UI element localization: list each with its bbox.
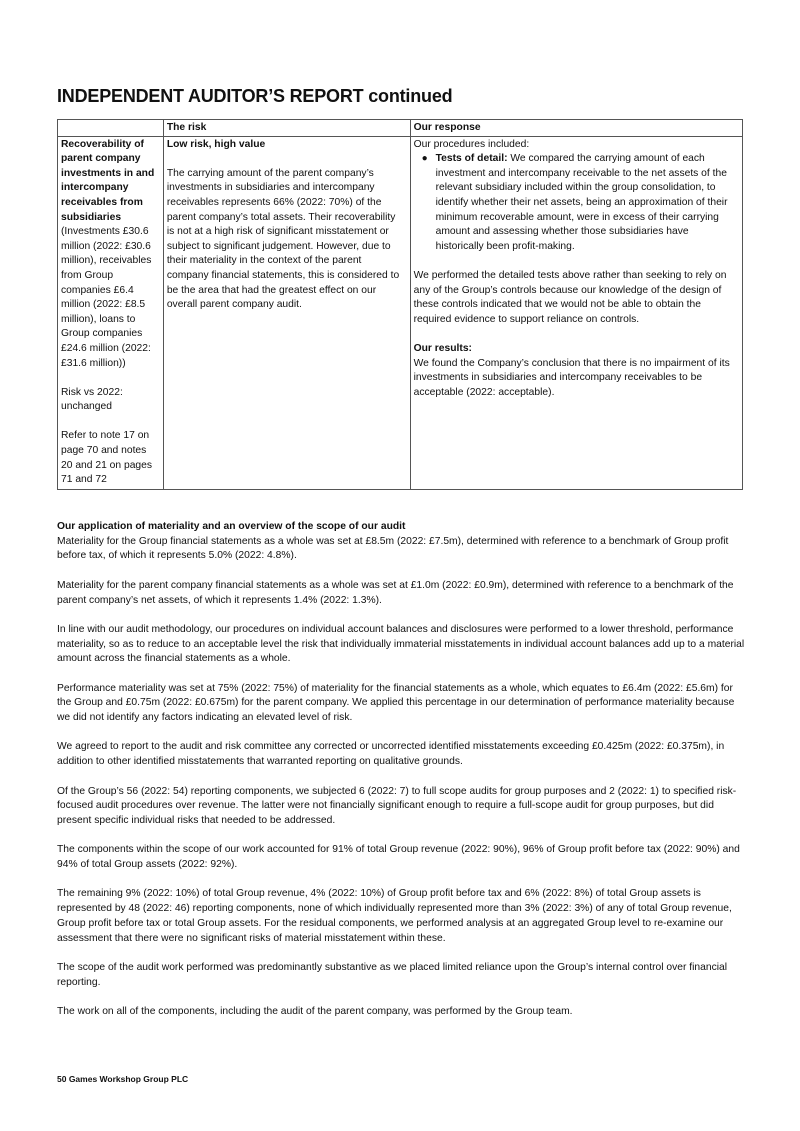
materiality-section: Our application of materiality and an ov…: [57, 520, 747, 1034]
table-header-row: The risk Our response: [58, 120, 743, 137]
paragraph: We agreed to report to the audit and ris…: [57, 740, 747, 769]
response-intro: Our procedures included:: [414, 138, 738, 153]
paragraph: The scope of the audit work performed wa…: [57, 961, 747, 990]
paragraph: The remaining 9% (2022: 10%) of total Gr…: [57, 887, 747, 946]
header-matter: [58, 120, 164, 137]
paragraph: The work on all of the components, inclu…: [57, 1005, 747, 1020]
page-footer: 50 Games Workshop Group PLC: [57, 1074, 188, 1084]
response-cell: Our procedures included: ● Tests of deta…: [410, 136, 742, 489]
paragraph: The components within the scope of our w…: [57, 843, 747, 872]
paragraph: Performance materiality was set at 75% (…: [57, 682, 747, 726]
matter-cell: Recoverability of parent company investm…: [58, 136, 164, 489]
section-heading: Our application of materiality and an ov…: [57, 520, 747, 535]
paragraph: Of the Group’s 56 (2022: 54) reporting c…: [57, 785, 747, 829]
bullet-icon: ●: [422, 152, 428, 167]
risk-vs-prior-year: Risk vs 2022: unchanged: [61, 386, 159, 415]
page-title: INDEPENDENT AUDITOR’S REPORT continued: [57, 86, 452, 107]
results-text: We found the Company’s conclusion that t…: [414, 357, 738, 401]
paragraph: Materiality for the Group financial stat…: [57, 535, 747, 564]
table-row: Recoverability of parent company investm…: [58, 136, 743, 489]
matter-detail: (Investments £30.6 million (2022: £30.6 …: [61, 225, 159, 371]
header-the-risk: The risk: [163, 120, 410, 137]
paragraph: In line with our audit methodology, our …: [57, 623, 747, 667]
header-our-response: Our response: [410, 120, 742, 137]
list-item: ● Tests of detail: We compared the carry…: [436, 152, 738, 254]
risk-heading: Low risk, high value: [167, 138, 406, 153]
procedures-list: ● Tests of detail: We compared the carry…: [414, 152, 738, 254]
controls-reliance-text: We performed the detailed tests above ra…: [414, 269, 738, 327]
paragraph: Materiality for the parent company finan…: [57, 579, 747, 608]
note-reference: Refer to note 17 on page 70 and notes 20…: [61, 429, 159, 487]
risk-description: The carrying amount of the parent compan…: [167, 167, 406, 313]
matter-title: Recoverability of parent company investm…: [61, 138, 159, 226]
procedure-label: Tests of detail:: [436, 153, 508, 164]
key-audit-matter-table: The risk Our response Recoverability of …: [57, 119, 743, 490]
procedure-text: We compared the carrying amount of each …: [436, 153, 728, 252]
risk-cell: Low risk, high value The carrying amount…: [163, 136, 410, 489]
results-heading: Our results:: [414, 342, 738, 357]
